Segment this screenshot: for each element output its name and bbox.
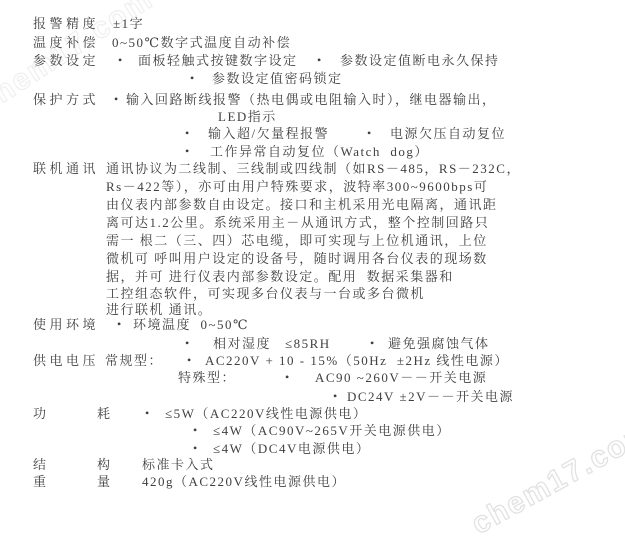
bullet-icon: • — [114, 93, 120, 106]
label-parameter-setting: 参数设定 — [33, 54, 99, 67]
value-protection-undervoltage: 电源欠压自动复位 — [390, 127, 506, 140]
value-environment-humidity-label: 相对湿度 — [213, 337, 271, 350]
communication-paragraph-line: 据，并可 进行仪表内部参数设定。配用 数据采集器和 — [106, 270, 454, 283]
value-protection-overrange: 输入超/欠量程报警 — [208, 127, 329, 140]
value-parameter-setting-3: 参数设定值密码锁定 — [212, 72, 343, 85]
spec-document: chem17.com chem17.com 报警精度 ±1字 温度补偿 0~50… — [0, 0, 625, 560]
label-environment: 使用环境 — [33, 318, 99, 331]
label-communication: 联机通讯 — [33, 162, 99, 175]
power-supply-special-label: 特殊型： — [178, 371, 236, 384]
bullet-icon: • — [370, 337, 376, 350]
communication-paragraph-line: Rs－422等），亦可由用户特殊要求，波特率300~9600bps可 — [106, 180, 488, 193]
label-temp-compensation: 温度补偿 — [33, 36, 99, 49]
label-power-supply: 供电电压 — [33, 354, 99, 367]
communication-paragraph-line: 进行联机 通讯。 — [106, 303, 212, 316]
value-environment-humidity: ≤85RH — [285, 337, 331, 350]
value-parameter-setting-1: 面板轻触式按键数字设定 — [138, 54, 298, 67]
bullet-icon: • — [285, 371, 291, 384]
power-supply-special-value1: AC90 ~260V－－开关电源 — [315, 371, 487, 384]
communication-paragraph-line: 通讯协议为二线制、三线制或四线制（如RS－485，RS－232C， — [106, 162, 521, 175]
label-structure: 构 — [97, 458, 112, 471]
label-weight: 量 — [97, 475, 112, 488]
value-power-consumption-2: ≤4W（AC90V~265V开关电源供电） — [213, 424, 451, 437]
label-power-consumption: 功 — [33, 407, 48, 420]
bullet-icon: • — [118, 54, 124, 67]
label-power-consumption: 耗 — [97, 407, 112, 420]
label-weight: 重 — [33, 475, 48, 488]
communication-paragraph-line: 需一 根二（三、四）芯电缆，即可实现与上位机通讯，上位 — [106, 234, 488, 247]
label-protection: 保护方式 — [33, 93, 99, 106]
bullet-icon: • — [117, 318, 123, 331]
value-parameter-setting-2: 参数设定值断电永久保持 — [340, 54, 500, 67]
value-temp-compensation: 0~50℃数字式温度自动补偿 — [112, 36, 291, 49]
value-environment-gas: 避免强腐蚀气体 — [388, 337, 490, 350]
power-supply-normal-value: AC220V + 10 - 15%（50Hz ±2Hz 线性电源） — [205, 354, 509, 367]
value-power-consumption-1: ≤5W（AC220V线性电源供电） — [165, 407, 367, 420]
bullet-icon: • — [185, 145, 191, 158]
value-weight: 420g（AC220V线性电源供电） — [142, 475, 346, 488]
bullet-icon: • — [145, 407, 151, 420]
bullet-icon: • — [185, 127, 191, 140]
bullet-icon: • — [333, 390, 339, 403]
watermark-bottom-right: chem17.com — [466, 414, 625, 542]
bullet-icon: • — [193, 424, 199, 437]
value-environment-temp: 环境温度 0~50℃ — [133, 318, 249, 331]
bullet-icon: • — [193, 442, 199, 455]
communication-paragraph-line: 微机可 呼叫用户设定的设备号，随时调用各台仪表的现场数 — [106, 252, 488, 265]
bullet-icon: • — [187, 354, 193, 367]
value-protection-watchdog: 工作异常自动复位（Watch dog） — [210, 145, 429, 158]
bullet-icon: • — [185, 337, 191, 350]
bullet-icon: • — [367, 127, 373, 140]
value-alarm-accuracy: ±1字 — [113, 17, 144, 30]
bullet-icon: • — [317, 54, 323, 67]
value-structure: 标准卡入式 — [142, 458, 215, 471]
value-protection-line1: 输入回路断线报警（热电偶或电阻输入时），继电器输出， — [126, 93, 497, 106]
label-alarm-accuracy: 报警精度 — [33, 17, 99, 30]
communication-paragraph-line: 工控组态软件，可实现多台仪表与一台或多台微机 — [106, 287, 425, 300]
value-protection-led: LED指示 — [218, 110, 277, 123]
bullet-icon: • — [190, 72, 196, 85]
communication-paragraph-line: 由仪表内部参数自由设定。接口和主机采用光电隔离，通讯距 — [106, 198, 498, 211]
power-supply-normal-label: 常规型： — [105, 354, 163, 367]
label-structure: 结 — [33, 458, 48, 471]
value-power-consumption-3: ≤4W（DC4V电源供电） — [213, 442, 370, 455]
power-supply-special-value2: DC24V ±2V－－开关电源 — [347, 390, 514, 403]
communication-paragraph-line: 离可达1.2公里。系统采用主－从通讯方式，整个控制回路只 — [106, 216, 489, 229]
